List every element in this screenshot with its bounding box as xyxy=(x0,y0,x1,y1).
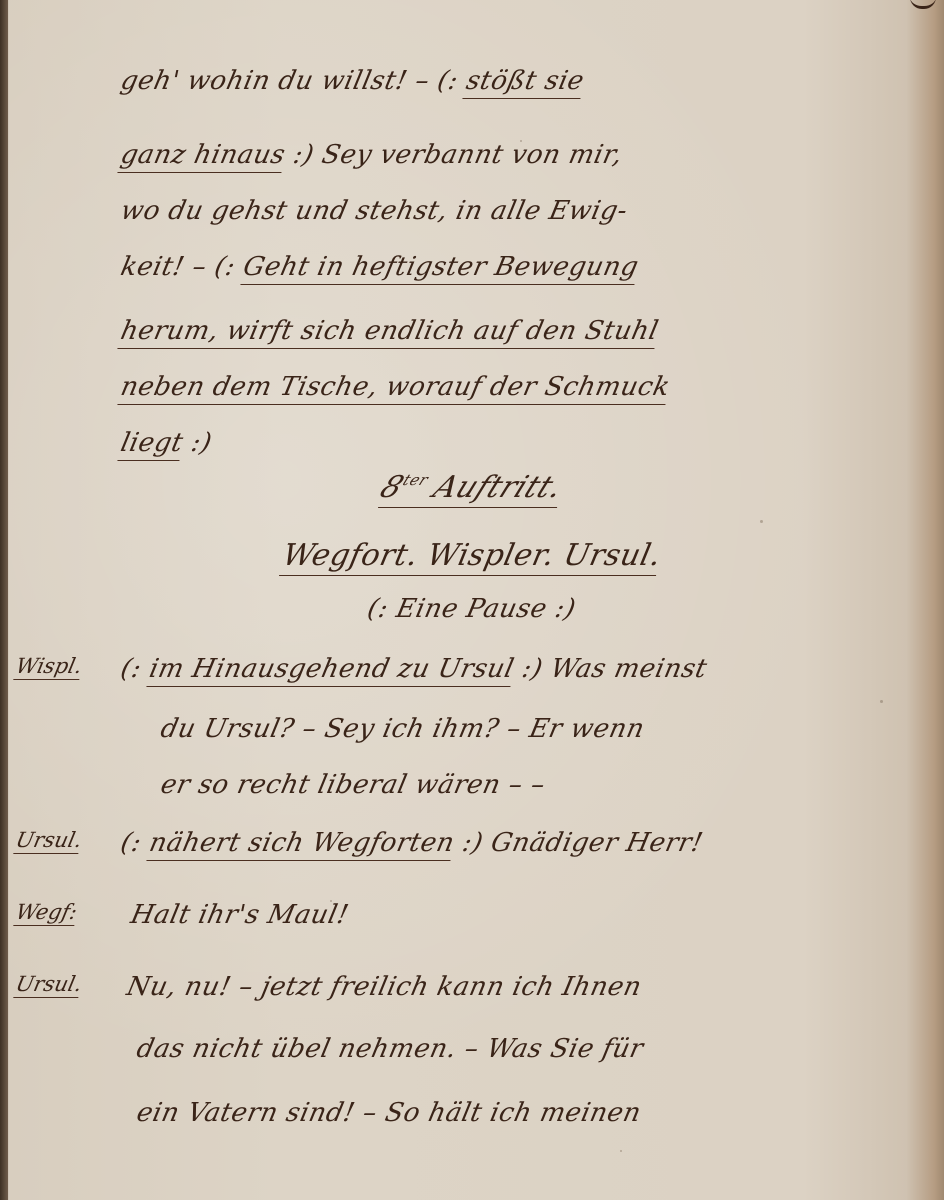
text-line-4: keit! – (: Geht in heftigster Bewegung xyxy=(118,252,641,282)
speaker-label: Ursul. xyxy=(13,972,84,998)
line-text: keit! – (: xyxy=(118,252,238,282)
stage-direction-underlined: neben dem Tische, worauf der Schmuck xyxy=(117,372,672,405)
paren-open: (: xyxy=(118,654,144,684)
paper-speck xyxy=(620,1150,622,1152)
dialogue-line: (: nähert sich Wegforten :) Gnädiger Her… xyxy=(118,828,706,858)
stage-direction-underlined: liegt xyxy=(117,428,186,461)
line-text: wo du gehst und stehst, in alle Ewig- xyxy=(118,196,630,226)
dialogue-line: (: im Hinausgehend zu Ursul :) Was meins… xyxy=(118,654,710,684)
paper-speck xyxy=(880,700,883,703)
speaker-label: Ursul. xyxy=(13,828,84,854)
scene-characters: Wegfort. Wispler. Ursul. xyxy=(0,538,944,576)
text-line-6: neben dem Tische, worauf der Schmuck xyxy=(118,372,673,402)
stage-direction-underlined: Geht in heftigster Bewegung xyxy=(240,252,641,285)
text-line-5: herum, wirft sich endlich auf den Stuhl xyxy=(118,316,661,346)
speaker-label: Wispl. xyxy=(13,654,84,680)
line-text: :) xyxy=(188,428,214,458)
stage-direction-underlined: im Hinausgehend zu Ursul xyxy=(146,654,517,687)
line-text: Nu, nu! – jetzt freilich kann ich Ihnen xyxy=(124,972,644,1002)
paper-speck xyxy=(760,520,763,523)
line-text: geh' wohin du willst! – (: xyxy=(118,66,461,96)
manuscript-page: geh' wohin du willst! – (: stößt sie gan… xyxy=(0,0,944,1200)
line-text: :) Sey verbannt von mir, xyxy=(291,140,626,170)
dialogue-line: du Ursul? – Sey ich ihm? – Er wenn xyxy=(158,714,647,744)
stage-direction-underlined: stößt sie xyxy=(463,66,587,99)
stage-direction-underlined: nähert sich Wegforten xyxy=(146,828,457,861)
line-text: er so recht liberal wären – – xyxy=(158,770,548,800)
dialogue-line: das nicht übel nehmen. – Was Sie für xyxy=(134,1034,646,1064)
character-list: Wegfort. Wispler. Ursul. xyxy=(279,538,664,576)
text-line-2: ganz hinaus :) Sey verbannt von mir, xyxy=(118,140,625,170)
line-text: das nicht übel nehmen. – Was Sie für xyxy=(134,1034,646,1064)
line-text: ein Vatern sind! – So hält ich meinen xyxy=(134,1098,644,1128)
scene-stage-direction: (: Eine Pause :) xyxy=(0,594,944,624)
stage-direction-underlined: ganz hinaus xyxy=(117,140,288,173)
pause-direction: (: Eine Pause :) xyxy=(365,594,579,624)
dialogue-line: er so recht liberal wären – – xyxy=(158,770,548,800)
paren-open: (: xyxy=(118,828,144,858)
page-corner-mark xyxy=(910,0,936,9)
line-text: du Ursul? – Sey ich ihm? – Er wenn xyxy=(158,714,647,744)
line-text: Halt ihr's Maul! xyxy=(128,900,351,930)
text-line-1: geh' wohin du willst! – (: stößt sie xyxy=(118,66,587,96)
scene-heading: 8ter Auftritt. xyxy=(0,470,944,508)
speaker-label: Wegf: xyxy=(13,900,79,926)
line-text: :) Gnädiger Herr! xyxy=(460,828,706,858)
stage-direction-underlined: herum, wirft sich endlich auf den Stuhl xyxy=(117,316,661,349)
text-line-3: wo du gehst und stehst, in alle Ewig- xyxy=(118,196,630,226)
scene-heading-text: Auftritt. xyxy=(428,470,569,505)
line-text: :) Was meinst xyxy=(519,654,710,684)
dialogue-line: Nu, nu! – jetzt freilich kann ich Ihnen xyxy=(124,972,644,1002)
dialogue-line: ein Vatern sind! – So hält ich meinen xyxy=(134,1098,644,1128)
dialogue-line: Halt ihr's Maul! xyxy=(128,900,351,930)
text-line-7: liegt :) xyxy=(118,428,215,458)
